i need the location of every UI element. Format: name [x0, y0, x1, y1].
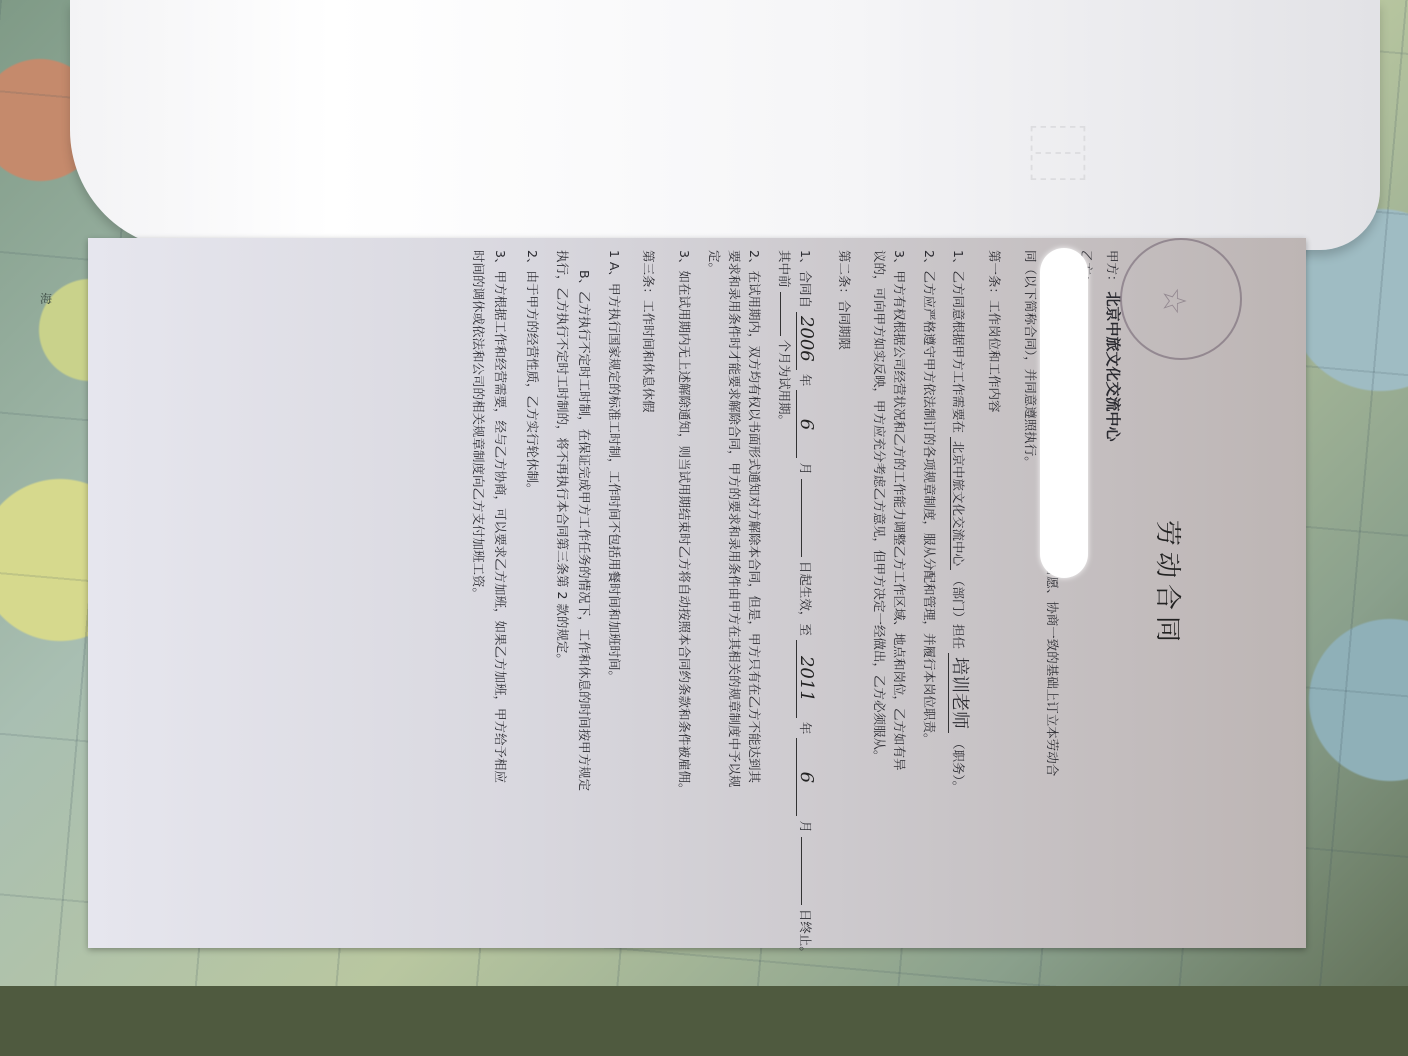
article-3-clause-1b-cont: 执行，乙方执行不定时工时制的，将不再执行本合同第三条第 2 款的规定。 — [556, 250, 569, 666]
article-1-heading: 第一条：工作岗位和工作内容 — [988, 250, 1001, 413]
start-day — [801, 479, 802, 557]
contract-text: 劳动合同 甲方： 北京中旅文化交流中心 乙方： 根据《中华人民共和国劳动法》，甲… — [260, 250, 1290, 950]
end-year: 2011 — [796, 640, 815, 718]
preamble-cont: 同（以下简称合同），并同意遵照执行。 — [1024, 250, 1037, 469]
article-1-clause-2: 2、乙方应严格遵守甲方依法制订的各项规章制度，服从分配和管理，并履行本岗位职责。 — [923, 250, 936, 745]
end-month: 6 — [796, 738, 815, 816]
article-3-clause-2: 2、由于甲方的经营性质，乙方实行轮休制。 — [526, 250, 539, 495]
article-1-clause-1: 1、乙方同意根据甲方工作需要在 北京中旅文化交流中心 （部门）担任 培训老师 （… — [950, 250, 968, 793]
folded-cover-page: ⿰ — [70, 0, 1380, 250]
party-a-name: 北京中旅文化交流中心 — [1104, 292, 1122, 442]
article-3-heading: 第三条：工作时间和休息休假 — [642, 250, 655, 413]
article-3-clause-1a: 1 A、甲方执行国家规定的标准工时制，工作时间不包括用餐时间和加班时间。 — [608, 250, 621, 683]
article-1-clause-3: 3、甲方有权根据公司经营状况和乙方的工作能力调整乙方工作区域、地点和岗位，乙方如… — [893, 250, 906, 770]
redaction-mark — [1040, 248, 1088, 578]
article-3-clause-1b: B、乙方执行不定时工时制，在保证完成甲方工作任务的情况下，工作和休息的时间按甲方… — [578, 270, 591, 791]
contract-term-line: 1、合同自 2006 年 6 月 日起生效，至 2011 年 6 月 日终止。 — [796, 250, 815, 959]
article-2-clause-2: 2、在试用期内，双方均有权以书面形式通知对方解除本合同，但是，甲方只有在乙方不能… — [748, 250, 761, 783]
start-year: 2006 — [796, 312, 815, 370]
map-label: 海 — [40, 290, 52, 307]
article-2-clause-2-cont: 要求和录用条件时才能要求解除合同，甲方的要求和录用条件由甲方在其相关的规章制度中… — [728, 250, 741, 788]
start-month: 6 — [796, 390, 815, 458]
party-a-line: 甲方： 北京中旅文化交流中心 — [1105, 250, 1120, 442]
article-1-clause-3-cont: 议的，可向甲方如实反映，甲方应充分考虑乙方意见，但甲方决定一经做出，乙方必须服从… — [873, 250, 886, 763]
article-2-clause-3: 3、如在试用期内无上述解除通知，则当试用期结束时乙方将自动按照本合同约条款和条件… — [678, 250, 691, 795]
document-title: 劳动合同 — [1154, 520, 1180, 648]
end-day — [801, 837, 802, 905]
probation-months — [780, 292, 781, 336]
position-field: 培训老师 — [948, 653, 970, 733]
article-2-clause-2-end: 定。 — [708, 250, 721, 275]
department-field: 北京中旅文化交流中心 — [950, 437, 966, 570]
article-3-clause-3: 3、甲方根据工作和经营需要，经与乙方协商，可以要求乙方加班，如果乙方加班，甲方给… — [494, 250, 507, 783]
probation-line: 其中前 个月为试用期。 — [778, 250, 791, 427]
article-3-clause-3-cont: 时间的调休或依法和公司的相关规章制度向乙方支付加班工资。 — [472, 250, 485, 600]
cover-ghost-print: ⿰ — [1017, 123, 1103, 183]
table-surface: CANADA — [0, 986, 1408, 1056]
article-2-heading: 第二条：合同期限 — [838, 250, 851, 350]
